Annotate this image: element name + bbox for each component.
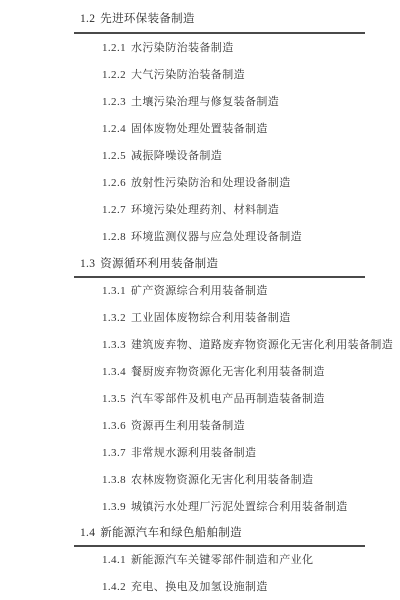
list-item: 1.2.1水污染防治装备制造 [102,39,234,55]
list-item: 1.3.2工业固体废物综合利用装备制造 [102,309,291,325]
item-number: 1.2.2 [102,69,126,81]
item-label: 固体废物处理处置装备制造 [131,122,268,135]
item-label: 环境监测仪器与应急处理设备制造 [131,230,302,243]
item-label: 农林废物资源化无害化利用装备制造 [131,473,313,486]
item-number: 1.4.2 [102,581,126,593]
item-label: 环境污染处理药剂、材料制造 [131,203,279,216]
list-item: 1.2.8环境监测仪器与应急处理设备制造 [102,228,302,244]
item-number: 1.3.7 [102,447,126,459]
list-item: 1.2.5减振降噪设备制造 [102,147,222,163]
item-number: 1.3.8 [102,474,126,486]
section-number: 1.3 [80,258,95,270]
item-label: 餐厨废弃物资源化无害化利用装备制造 [131,365,325,378]
item-label: 水污染防治装备制造 [131,41,234,54]
item-number: 1.3.6 [102,420,126,432]
item-label: 大气污染防治装备制造 [131,68,245,81]
list-item: 1.3.4餐厨废弃物资源化无害化利用装备制造 [102,363,325,379]
item-number: 1.2.1 [102,42,126,54]
list-item: 1.2.6放射性污染防治和处理设备制造 [102,174,291,190]
item-number: 1.3.5 [102,393,126,405]
list-item: 1.3.9城镇污水处理厂污泥处置综合利用装备制造 [102,498,348,514]
list-item: 1.3.7非常规水源利用装备制造 [102,444,256,460]
list-item: 1.3.1矿产资源综合利用装备制造 [102,282,268,298]
list-item: 1.2.2大气污染防治装备制造 [102,66,245,82]
section-title: 资源循环利用装备制造 [100,256,218,270]
section-number: 1.2 [80,13,95,25]
item-label: 汽车零部件及机电产品再制造装备制造 [131,392,325,405]
section-divider [74,32,365,34]
section-title: 新能源汽车和绿色船舶制造 [100,525,242,539]
item-number: 1.3.9 [102,501,126,513]
item-number: 1.3.4 [102,366,126,378]
list-item: 1.3.6资源再生利用装备制造 [102,417,245,433]
item-number: 1.2.4 [102,123,126,135]
item-number: 1.2.6 [102,177,126,189]
item-number: 1.2.3 [102,96,126,108]
list-item: 1.2.4固体废物处理处置装备制造 [102,120,268,136]
item-label: 非常规水源利用装备制造 [131,446,256,459]
item-label: 城镇污水处理厂污泥处置综合利用装备制造 [131,500,348,513]
section-heading-1-3: 1.3资源循环利用装备制造 [80,255,218,271]
item-number: 1.4.1 [102,554,126,566]
list-item: 1.4.1新能源汽车关键零部件制造和产业化 [102,551,313,567]
list-item: 1.2.3土壤污染治理与修复装备制造 [102,93,279,109]
item-label: 减振降噪设备制造 [131,149,222,162]
section-heading-1-2: 1.2先进环保装备制造 [80,10,195,26]
section-heading-1-4: 1.4新能源汽车和绿色船舶制造 [80,524,242,540]
section-number: 1.4 [80,527,95,539]
item-label: 土壤污染治理与修复装备制造 [131,95,279,108]
item-label: 充电、换电及加氢设施制造 [131,580,268,593]
list-item: 1.3.8农林废物资源化无害化利用装备制造 [102,471,313,487]
item-number: 1.2.8 [102,231,126,243]
item-label: 放射性污染防治和处理设备制造 [131,176,291,189]
item-number: 1.3.2 [102,312,126,324]
list-item: 1.3.5汽车零部件及机电产品再制造装备制造 [102,390,325,406]
section-divider [74,276,365,278]
section-title: 先进环保装备制造 [100,11,194,25]
section-divider [74,545,365,547]
item-label: 矿产资源综合利用装备制造 [131,284,268,297]
item-label: 新能源汽车关键零部件制造和产业化 [131,553,313,566]
item-label: 建筑废弃物、道路废弃物资源化无害化利用装备制造 [131,338,393,351]
item-number: 1.2.7 [102,204,126,216]
list-item: 1.2.7环境污染处理药剂、材料制造 [102,201,279,217]
item-number: 1.2.5 [102,150,126,162]
list-item: 1.4.2充电、换电及加氢设施制造 [102,578,268,594]
item-label: 资源再生利用装备制造 [131,419,245,432]
item-label: 工业固体废物综合利用装备制造 [131,311,291,324]
item-number: 1.3.1 [102,285,126,297]
item-number: 1.3.3 [102,339,126,351]
list-item: 1.3.3建筑废弃物、道路废弃物资源化无害化利用装备制造 [102,336,393,352]
